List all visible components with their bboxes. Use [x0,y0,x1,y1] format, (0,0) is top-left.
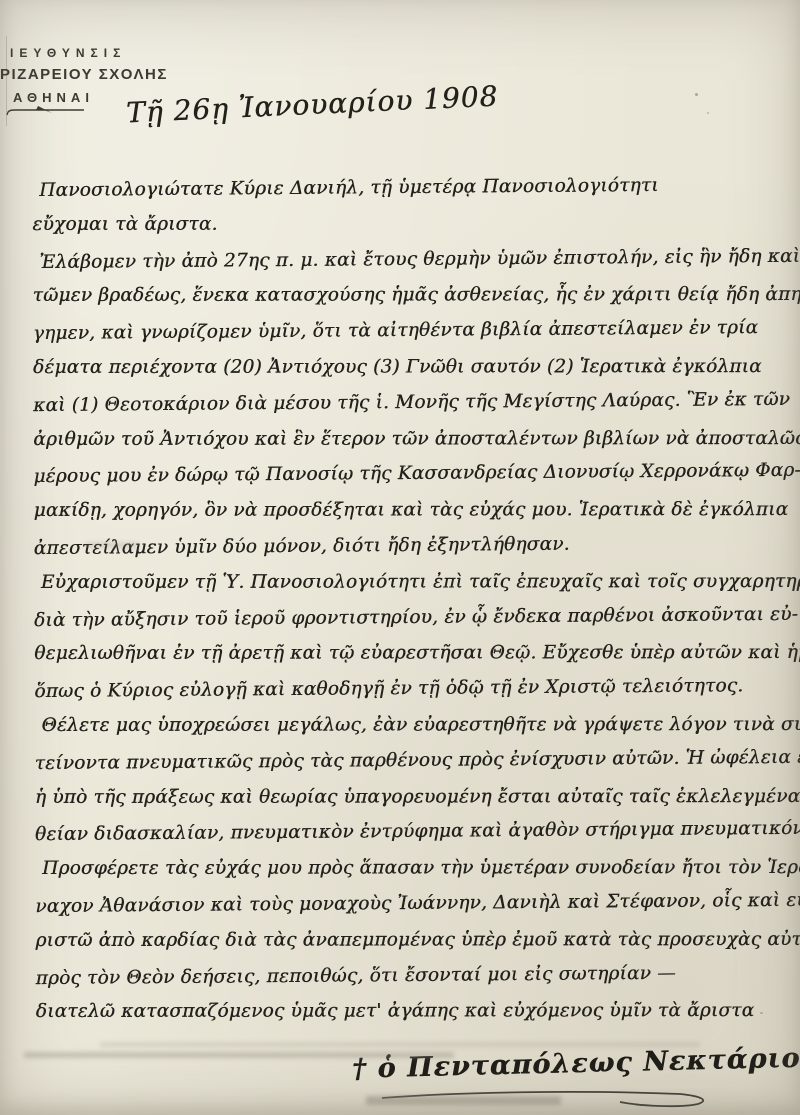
handwriting-line: πρὸς τὸν Θεὸν δεήσεις, πεποιθώς, ὅτι ἔσο… [36,961,788,1003]
handwriting-line: Θέλετε μας ὑποχρεώσει μεγάλως, ἐὰν εὐαρε… [35,714,787,751]
letterhead-school-name: ΡΙΖΑΡΕΙΟΥ ΣΧΟΛΗΣ [0,66,168,83]
pencil-smudge [100,1042,700,1047]
scanned-letter-page: ΙΕΥΘΥΝΣΙΣ ΡΙΖΑΡΕΙΟΥ ΣΧΟΛΗΣ ΑΘΗΝΑΙ Τῇ 26ῃ… [0,0,800,1115]
closing-line: διατελῶ κατασπαζόμενος ὑμᾶς μετ' ἀγάπης … [36,1000,788,1037]
handwriting-line: τῶμεν βραδέως, ἕνεκα κατασχούσης ἡμᾶς ἀσ… [33,284,785,321]
handwriting-line: ἀριθμῶν τοῦ Ἀντιόχου καὶ ἓν ἕτερον τῶν ἀ… [33,428,785,465]
handwriting-line: ἀπεστείλαμεν ὑμῖν δύο μόνον, διότι ἤδη ἐ… [34,532,786,574]
signature-flourish [380,1088,720,1114]
letterhead-ornament-arrow-icon [6,102,88,121]
paper-speck [695,93,698,96]
paper-speck [707,112,709,114]
handwriting-line: μακίδῃ, χορηγόν, ὃν νὰ προσδέξηται καὶ τ… [34,499,786,536]
handwriting-line: θεμελιωθῆναι ἐν τῇ ἀρετῇ καὶ τῷ εὐαρεστῆ… [34,642,786,679]
handwriting-line: μέρους μου ἐν δώρῳ τῷ Πανοσίῳ τῆς Κασσαν… [33,460,785,502]
handwriting-line: γημεν, καὶ γνωρίζομεν ὑμῖν, ὅτι τὰ αἰτηθ… [33,317,785,359]
handwriting-line: καὶ (1) Θεοτοκάριον διὰ μέσου τῆς ἱ. Μον… [33,389,785,431]
salutation-line: Πανοσιολογιώτατε Κύριε Δανιήλ, τῇ ὑμετέρ… [32,174,784,216]
handwriting-line: ὅπως ὁ Κύριος εὐλογῇ καὶ καθοδηγῇ ἐν τῇ … [34,675,786,717]
handwriting-line: θείαν διδασκαλίαν, πνευματικὸν ἐντρύφημα… [35,818,787,860]
handwriting-line: ναχον Ἀθανάσιον καὶ τοὺς μοναχοὺς Ἰωάννη… [35,890,787,932]
handwriting-line: τείνοντα πνευματικῶς πρὸς τὰς παρθένους … [35,747,787,789]
letterhead-direction-label: ΙΕΥΘΥΝΣΙΣ [10,46,168,60]
handwriting-line: ριστῶ ἀπὸ καρδίας διὰ τὰς ἀναπεμπομένας … [35,929,787,966]
handwriting-line: διὰ τὴν αὔξησιν τοῦ ἱεροῦ φροντιστηρίου,… [34,603,786,645]
letter-body: Πανοσιολογιώτατε Κύριε Δανιήλ, τῇ ὑμετέρ… [32,175,788,1037]
signature: † ὁ Πενταπόλεως Νεκτάριος [352,1042,800,1084]
handwriting-line: Ἐλάβομεν τὴν ἀπὸ 27ης π. μ. καὶ ἔτους θε… [32,246,784,288]
handwriting-line: ἡ ὑπὸ τῆς πράξεως καὶ θεωρίας ὑπαγορευομ… [35,786,787,823]
handwriting-line: Εὐχαριστοῦμεν τῇ Ὑ. Πανοσιολογιότητι ἐπὶ… [34,571,786,608]
handwriting-line: εὔχομαι τὰ ἄριστα. [32,213,784,250]
letter-date: Τῇ 26ῃ Ἰανουαρίου 1908 [125,80,499,130]
handwriting-line: δέματα περιέχοντα (20) Ἀντιόχους (3) Γνῶ… [33,356,785,393]
handwriting-line: Προσφέρετε τὰς εὐχάς μου πρὸς ἅπασαν τὴν… [35,857,787,894]
